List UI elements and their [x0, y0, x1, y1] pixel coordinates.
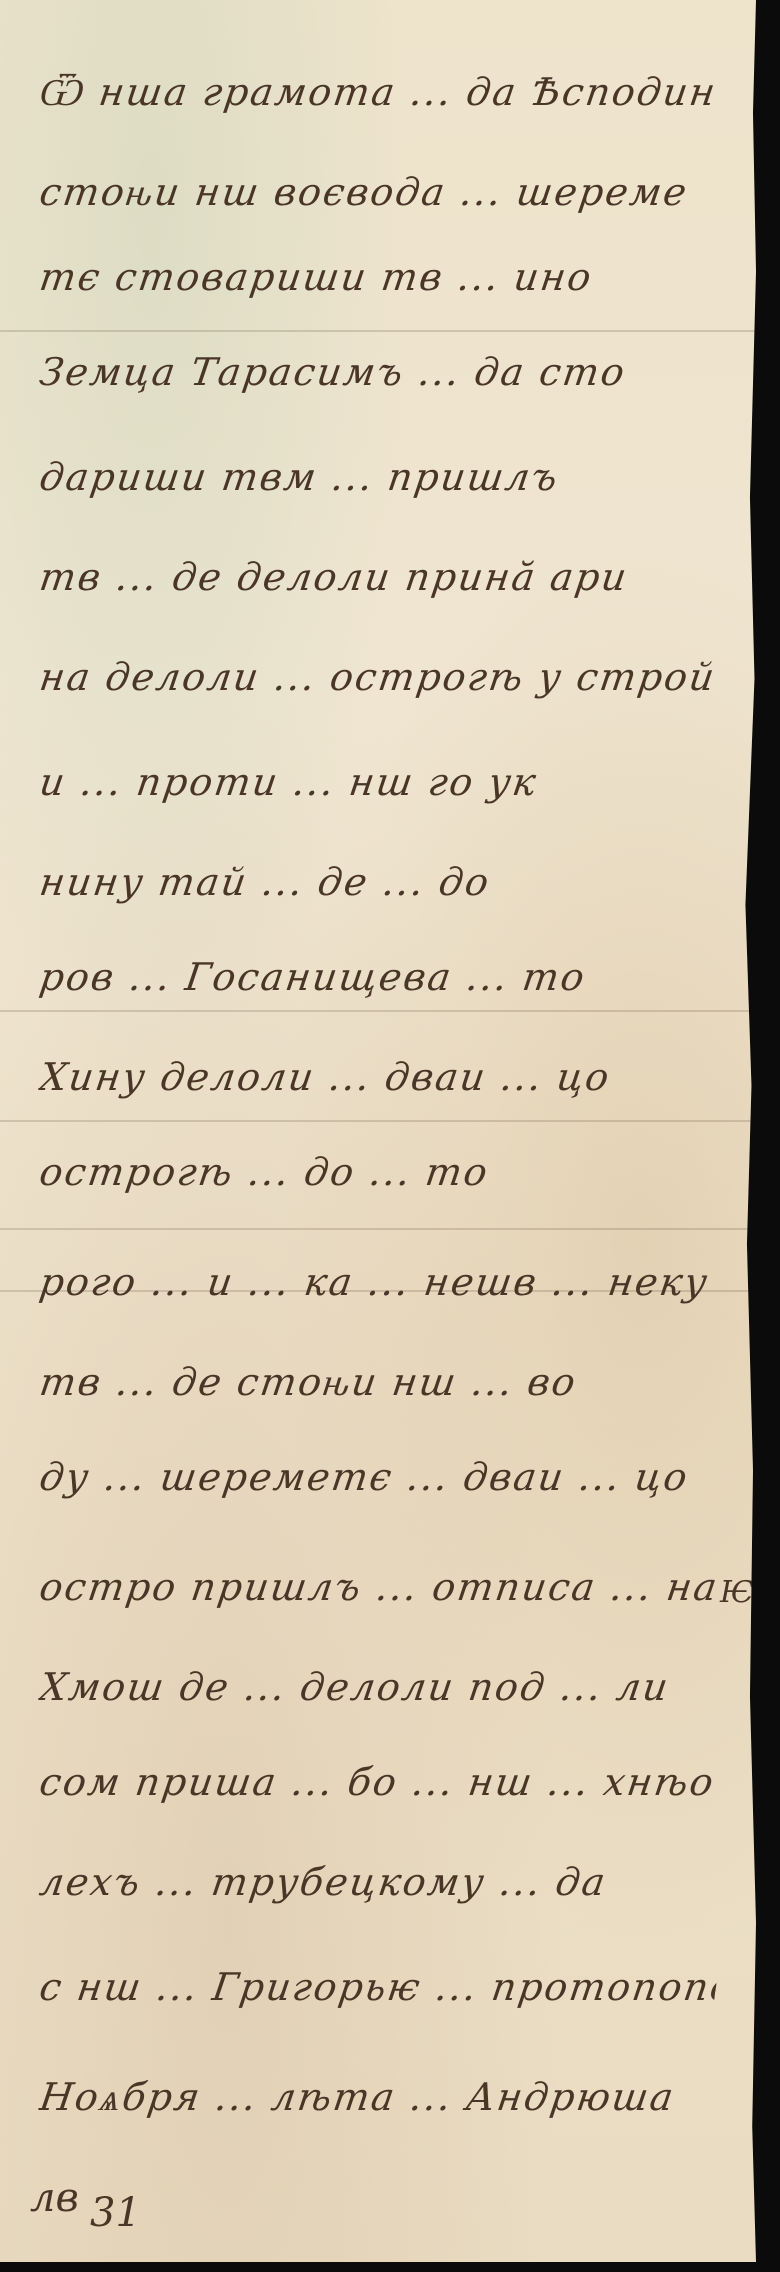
page-number: 31 — [90, 2190, 141, 2236]
manuscript-line: Ѿ нша грамота ... да Ѣсподина — [37, 70, 719, 115]
manuscript-line: Хину делоли ... дваи ... цо — [37, 1055, 719, 1099]
fold-crease — [0, 1120, 756, 1122]
manuscript-line: нину тай ... де ... до — [37, 860, 719, 904]
manuscript-line: Ноѧбря ... лѣта ... Андрюша — [37, 2075, 719, 2120]
margin-note: Ѥ — [720, 1575, 754, 1610]
fold-crease — [0, 330, 756, 332]
manuscript-line: Хмош де ... делоли под ... ли — [37, 1665, 719, 1709]
manuscript-line: сом приша ... бо ... нш ... хнѣо — [37, 1760, 719, 1804]
manuscript-line: тв ... де делоли принӑ ари — [37, 555, 719, 599]
manuscript-line: ров ... Госанищева ... то — [37, 955, 719, 999]
fold-crease — [0, 1010, 756, 1012]
manuscript-paper: Ѿ нша грамота ... да Ѣсподина стоԋи нш в… — [0, 0, 756, 2262]
manuscript-line: тє стовариши тв ... ино — [37, 255, 719, 299]
fold-crease — [0, 1228, 756, 1230]
manuscript-line: дариши твм ... пришлъ — [37, 455, 719, 499]
manuscript-line: Земца Тарасимъ ... да сто — [37, 350, 719, 394]
manuscript-line: ду ... шереметє ... дваи ... цо — [37, 1455, 719, 1499]
manuscript-line: остро пришлъ ... отписа ... нам — [37, 1565, 719, 1609]
manuscript-line: лехъ ... трубецкому ... да — [37, 1860, 719, 1904]
manuscript-line: острогѣ ... до ... то — [37, 1150, 719, 1194]
manuscript-line: с нш ... Григорьѥ ... протопопов ... са — [37, 1965, 719, 2009]
manuscript-line: и ... проти ... нш го ук — [37, 760, 719, 804]
manuscript-line: рого ... и ... ка ... нешв ... неку — [37, 1260, 719, 1304]
footer-mark: лв — [30, 2175, 79, 2221]
manuscript-line: стоԋи нш воєвода ... шереме — [37, 170, 719, 215]
manuscript-line: тв ... де стоԋи нш ... во — [37, 1360, 719, 1405]
manuscript-line: на делоли ... острогѣ у строй — [37, 655, 719, 699]
